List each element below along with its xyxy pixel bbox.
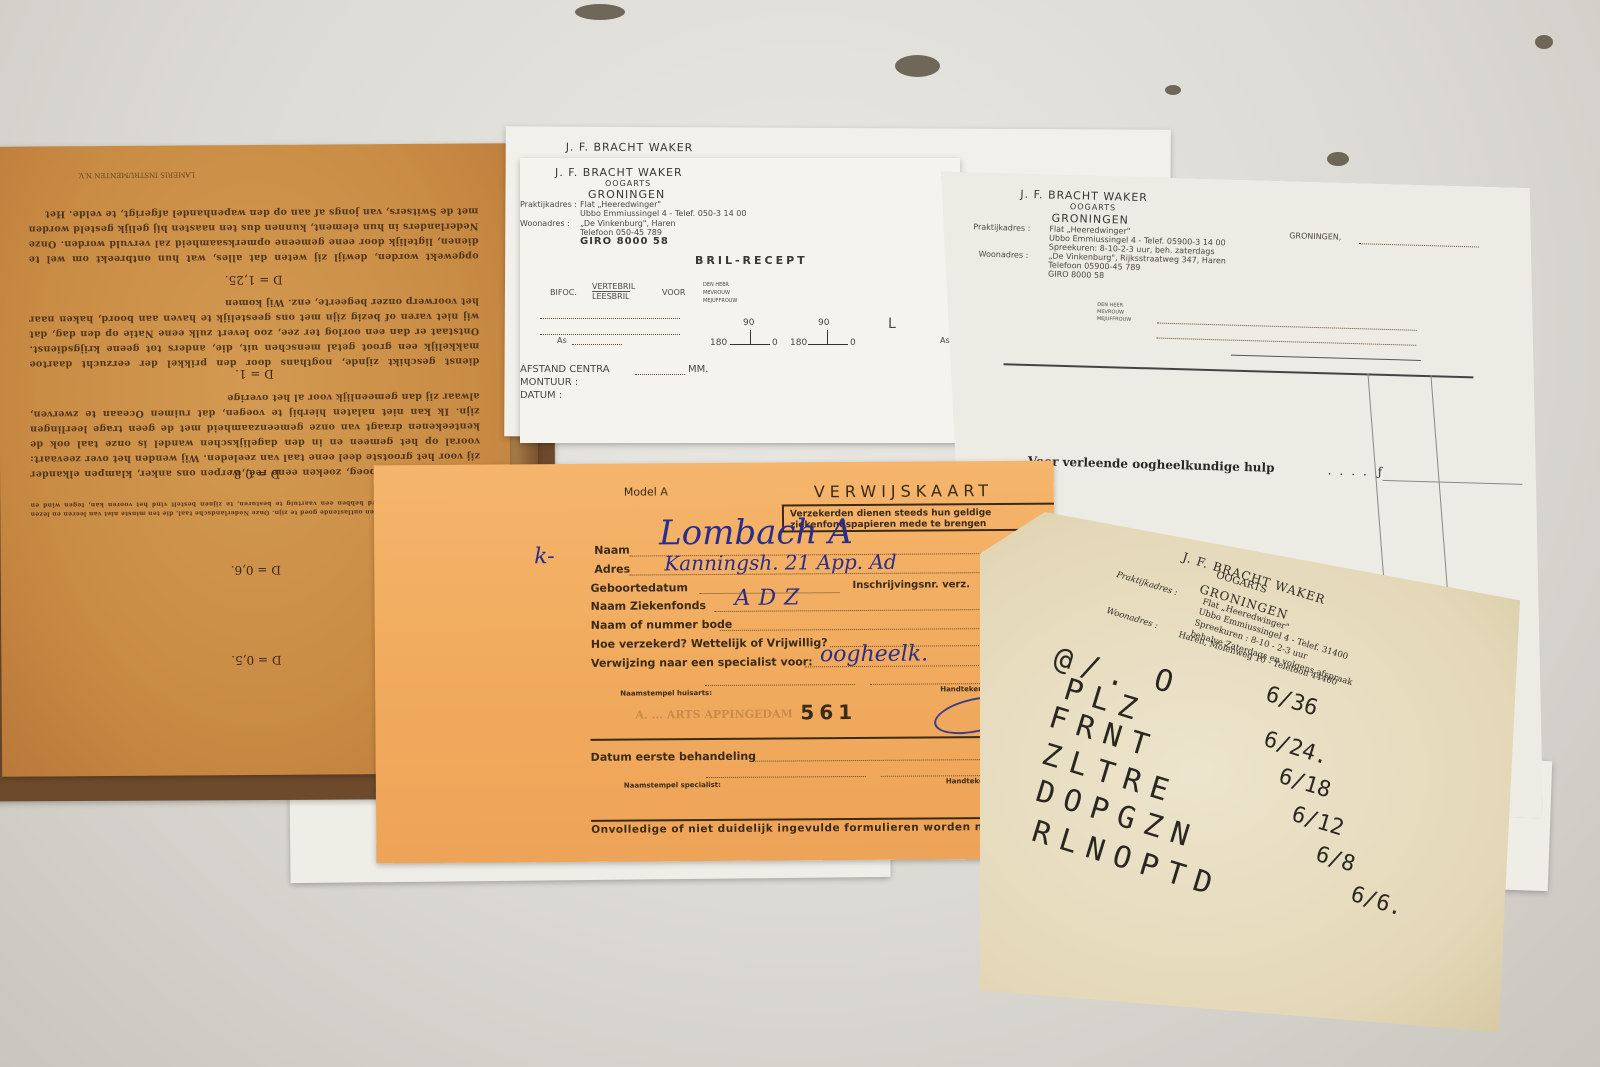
table-stain bbox=[575, 4, 625, 20]
chart-row: O bbox=[1150, 662, 1187, 704]
home-label: Woonadres : bbox=[520, 219, 570, 228]
salutation: MEVROUW bbox=[703, 290, 730, 296]
acuity-value: 6/12 bbox=[1289, 802, 1347, 841]
acuity-value: 6/24. bbox=[1261, 727, 1332, 770]
card-title: VERWIJSKAART bbox=[814, 481, 993, 501]
table-stain bbox=[1327, 152, 1349, 166]
axis-0: 0 bbox=[772, 338, 778, 348]
home-line: „De Vinkenburg", Haren bbox=[580, 219, 676, 228]
rx-input-line[interactable] bbox=[540, 334, 680, 335]
doctor-role: OOGARTS bbox=[1070, 202, 1116, 212]
divider bbox=[1231, 355, 1421, 361]
home-label: Woonadres : bbox=[978, 250, 1028, 260]
acuity-value: 6/8 bbox=[1313, 842, 1358, 878]
doctor-name: J. F. BRACHT WAKER bbox=[555, 166, 683, 179]
gp-stamp: A. ... ARTS APPINGEDAM bbox=[635, 707, 792, 721]
place-label: GRONINGEN, bbox=[1289, 231, 1341, 241]
book-diopter-label: D = 1. bbox=[0, 365, 509, 383]
book-paragraph: dienst geschikt zijnde, nogthans door de… bbox=[29, 293, 480, 371]
address-value: Kanningsh. 21 App. Ad bbox=[664, 550, 897, 576]
card-footer: Onvolledige of niet duidelijk ingevulde … bbox=[591, 821, 1000, 836]
pupil-distance-label: AFSTAND CENTRA bbox=[520, 364, 610, 375]
date-input[interactable] bbox=[1359, 243, 1479, 247]
currency-sign: ƒ bbox=[1378, 465, 1383, 479]
axis-label: As bbox=[557, 336, 567, 345]
axis-input[interactable] bbox=[572, 344, 622, 345]
axis-0: 0 bbox=[850, 338, 856, 348]
book-publisher: LAMERIS INSTRUMENTEN N.V. bbox=[78, 170, 195, 179]
field-label-insurance-type: Hoe verzekerd? Wettelijk of Vrijwillig? bbox=[591, 636, 828, 651]
salutation: DEN HEER bbox=[1097, 302, 1123, 309]
frame-label: MONTUUR : bbox=[520, 377, 578, 388]
axis-line bbox=[808, 344, 848, 345]
pupil-distance-unit: MM. bbox=[688, 364, 708, 375]
card-model: Model A bbox=[624, 485, 668, 498]
field-label-dob: Geboortedatum bbox=[590, 581, 688, 595]
name-value: Lombach A bbox=[659, 512, 853, 553]
book-paragraph: opgewekt worden, dewijl zij weten dat al… bbox=[28, 203, 478, 266]
axis-label: As bbox=[940, 336, 950, 345]
field-label-referral: Verwijzing naar een specialist voor: bbox=[591, 655, 813, 670]
type-reading: LEESBRIL bbox=[592, 291, 630, 301]
recipient-line[interactable] bbox=[1156, 338, 1416, 346]
field-label-courier: Naam of nummer bode bbox=[591, 618, 733, 632]
axis-tick bbox=[750, 330, 751, 344]
axis-line bbox=[730, 344, 770, 345]
referral-value: oogheelk. bbox=[820, 642, 928, 668]
specialist-stamp-label: Naamstempel specialist: bbox=[624, 781, 721, 790]
eye-chart-card[interactable]: J. F. BRACHT WAKER OOGARTS GRONINGEN Pra… bbox=[980, 512, 1520, 1032]
gp-stamp-label: Naamstempel huisarts: bbox=[620, 689, 712, 698]
date-label: DATUM : bbox=[520, 390, 562, 401]
table-header-rule bbox=[1004, 363, 1474, 378]
table-stain bbox=[895, 55, 940, 77]
invoice-line-dots: .... bbox=[1328, 463, 1376, 478]
card-number: 561 bbox=[800, 700, 857, 724]
giro-number: GIRO 8000 58 bbox=[580, 236, 669, 247]
practice-line: Flat „Heeredwinger" bbox=[580, 200, 661, 209]
first-treatment-label: Datum eerste behandeling bbox=[591, 750, 756, 764]
prescription-form[interactable]: J. F. BRACHT WAKER OOGARTS GRONINGEN Pra… bbox=[520, 158, 960, 443]
pupil-distance-input[interactable] bbox=[635, 374, 685, 375]
amount-line bbox=[1382, 480, 1522, 485]
specialist-stamp-line[interactable] bbox=[706, 776, 866, 778]
acuity-value: 6/18 bbox=[1276, 764, 1334, 803]
salutation: MEVROUW bbox=[1097, 309, 1124, 316]
left-eye-marker: L bbox=[888, 316, 896, 332]
axis-180: 180 bbox=[710, 338, 727, 348]
voor-label: VOOR bbox=[662, 288, 685, 297]
home-label: Woonadres : bbox=[1105, 606, 1159, 631]
type-distance: VERTEBRIL bbox=[592, 282, 635, 291]
giro-number: GIRO 8000 58 bbox=[1048, 270, 1104, 281]
practice-label: Praktijkadres : bbox=[1115, 570, 1179, 598]
referral-card[interactable]: Model A VERWIJSKAART Verzekerden dienen … bbox=[374, 461, 1057, 864]
practice-line: Ubbo Emmiussingel 4 - Telef. 050-3 14 00 bbox=[580, 209, 746, 218]
acuity-value: 6/36 bbox=[1263, 682, 1321, 721]
field-label-address: Adres bbox=[594, 563, 630, 576]
invoice-line-item: Voor verleende oogheelkundige hulp bbox=[1028, 454, 1275, 475]
axis-tick bbox=[827, 330, 828, 344]
table-stain bbox=[1165, 85, 1181, 95]
table-stain bbox=[1535, 35, 1553, 49]
rx-input-line[interactable] bbox=[540, 318, 680, 319]
salutation: MEJUFFROUW bbox=[703, 298, 737, 304]
book-diopter-label: D = 1,25. bbox=[0, 271, 509, 289]
axis-90: 90 bbox=[818, 318, 829, 328]
form-title: BRIL-RECEPT bbox=[695, 254, 808, 267]
field-label-name: Naam bbox=[594, 544, 630, 557]
doctor-name: J. F. BRACHT WAKER bbox=[566, 141, 694, 155]
date-input[interactable] bbox=[705, 684, 855, 686]
field-label-insurer: Naam Ziekenfonds bbox=[591, 599, 707, 613]
acuity-value: 6/6. bbox=[1348, 882, 1406, 921]
doctor-role: OOGARTS bbox=[605, 179, 651, 188]
axis-90: 90 bbox=[743, 318, 754, 328]
recipient-line[interactable] bbox=[1157, 323, 1417, 331]
practice-label: Praktijkadres : bbox=[973, 222, 1030, 233]
axis-180: 180 bbox=[790, 338, 807, 348]
bifocal-label: BIFOC. bbox=[550, 288, 577, 297]
salutation: DEN HEER bbox=[703, 282, 729, 288]
margin-scribble: k- bbox=[534, 544, 555, 569]
registration-label: Inschrijvingsnr. verz. bbox=[852, 579, 970, 591]
salutation: MEJUFFROUW bbox=[1097, 316, 1132, 323]
insurer-value: ADZ bbox=[734, 585, 807, 611]
practice-label: Praktijkadres : bbox=[520, 200, 577, 209]
